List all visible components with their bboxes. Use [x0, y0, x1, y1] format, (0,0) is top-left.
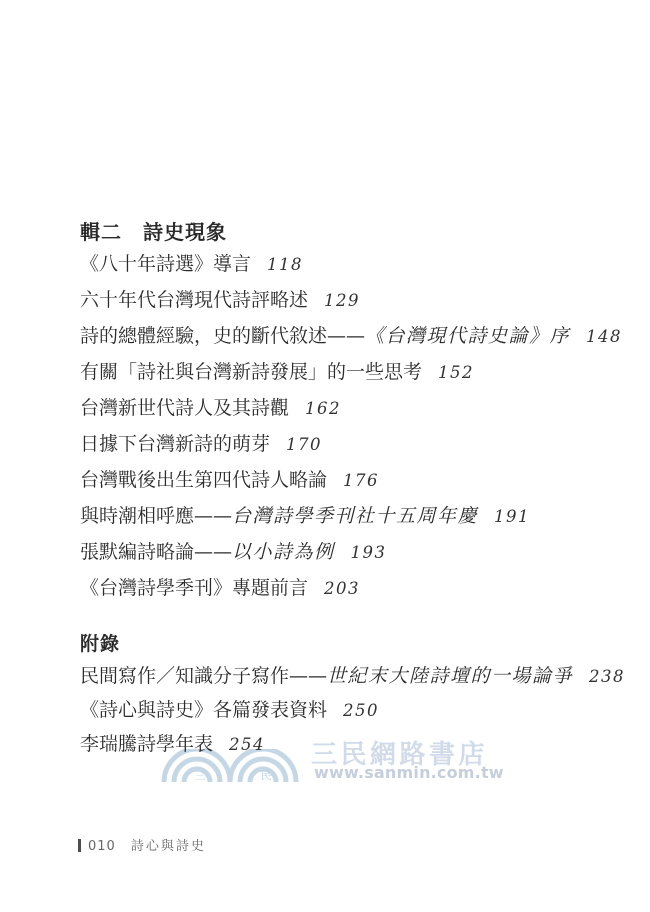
footer-book-title: 詩心與詩史	[131, 839, 206, 854]
entry-title: 與時潮相呼應——	[80, 505, 232, 527]
entry-page-number: 148	[586, 327, 622, 346]
entry-page-number: 238	[589, 667, 625, 686]
entry-title: 有關「詩社與台灣新詩發展」的一些思考	[80, 361, 422, 383]
toc-entry: 台灣新世代詩人及其詩觀162	[80, 390, 622, 426]
entry-title: 李瑞騰詩學年表	[80, 733, 213, 755]
toc-entry: 民間寫作／知識分子寫作——世紀末大陸詩壇的一場論爭238	[80, 659, 625, 693]
entry-subtitle: 台灣詩學季刊社十五周年慶	[232, 505, 478, 527]
toc-entry: 《八十年詩選》導言118	[80, 246, 622, 282]
entry-title: 台灣戰後出生第四代詩人略論	[80, 469, 327, 491]
toc-entry-list-appendix: 民間寫作／知識分子寫作——世紀末大陸詩壇的一場論爭238 《詩心與詩史》各篇發表…	[80, 659, 625, 761]
entry-title: 《詩心與詩史》各篇發表資料	[80, 699, 327, 721]
entry-page-number: 254	[229, 735, 265, 754]
section-heading-vol2: 輯二 詩史現象	[80, 216, 227, 245]
entry-page-number: 193	[351, 543, 387, 562]
footer-bar-icon	[78, 839, 81, 852]
entry-page-number: 203	[324, 579, 360, 598]
entry-subtitle: 以小詩為例	[232, 541, 335, 563]
entry-title: 詩的總體經驗，史的斷代敘述——	[80, 325, 365, 347]
toc-entry-list-vol2: 《八十年詩選》導言118 六十年代台灣現代詩評略述129 詩的總體經驗，史的斷代…	[80, 246, 622, 606]
logo-char-san: 三	[195, 769, 206, 782]
toc-entry: 《台灣詩學季刊》專題前言203	[80, 570, 622, 606]
entry-title: 張默編詩略論——	[80, 541, 232, 563]
entry-page-number: 152	[438, 363, 474, 382]
section-heading-appendix: 附錄	[80, 629, 120, 656]
entry-page-number: 170	[286, 435, 322, 454]
entry-title: 《台灣詩學季刊》專題前言	[80, 577, 308, 599]
page-footer: 010詩心與詩史	[78, 835, 206, 854]
toc-entry: 與時潮相呼應——台灣詩學季刊社十五周年慶191	[80, 498, 622, 534]
entry-subtitle: 世紀末大陸詩壇的一場論爭	[327, 665, 573, 687]
entry-title: 《八十年詩選》導言	[80, 253, 251, 275]
logo-char-min: 民	[261, 769, 272, 782]
toc-entry: 日據下台灣新詩的萌芽170	[80, 426, 622, 462]
toc-entry: 《詩心與詩史》各篇發表資料250	[80, 693, 625, 727]
entry-title: 日據下台灣新詩的萌芽	[80, 433, 270, 455]
entry-page-number: 191	[494, 507, 530, 526]
entry-subtitle: 《台灣現代詩史論》序	[365, 325, 570, 347]
entry-title: 民間寫作／知識分子寫作——	[80, 665, 327, 687]
watermark-store-url: www.sanmin.com.tw	[314, 763, 504, 782]
toc-entry: 有關「詩社與台灣新詩發展」的一些思考152	[80, 354, 622, 390]
footer-page-number: 010	[88, 839, 116, 854]
entry-title: 六十年代台灣現代詩評略述	[80, 289, 308, 311]
toc-entry: 台灣戰後出生第四代詩人略論176	[80, 462, 622, 498]
toc-entry: 詩的總體經驗，史的斷代敘述——《台灣現代詩史論》序148	[80, 318, 622, 354]
entry-title: 台灣新世代詩人及其詩觀	[80, 397, 289, 419]
toc-entry: 張默編詩略論——以小詩為例193	[80, 534, 622, 570]
toc-entry: 李瑞騰詩學年表254	[80, 727, 625, 761]
entry-page-number: 129	[324, 291, 360, 310]
entry-page-number: 118	[267, 255, 303, 274]
entry-page-number: 176	[343, 471, 379, 490]
toc-entry: 六十年代台灣現代詩評略述129	[80, 282, 622, 318]
book-toc-page: 三 民 三民網路書店 www.sanmin.com.tw 輯二 詩史現象 《八十…	[0, 0, 650, 912]
entry-page-number: 250	[343, 701, 379, 720]
entry-page-number: 162	[305, 399, 341, 418]
